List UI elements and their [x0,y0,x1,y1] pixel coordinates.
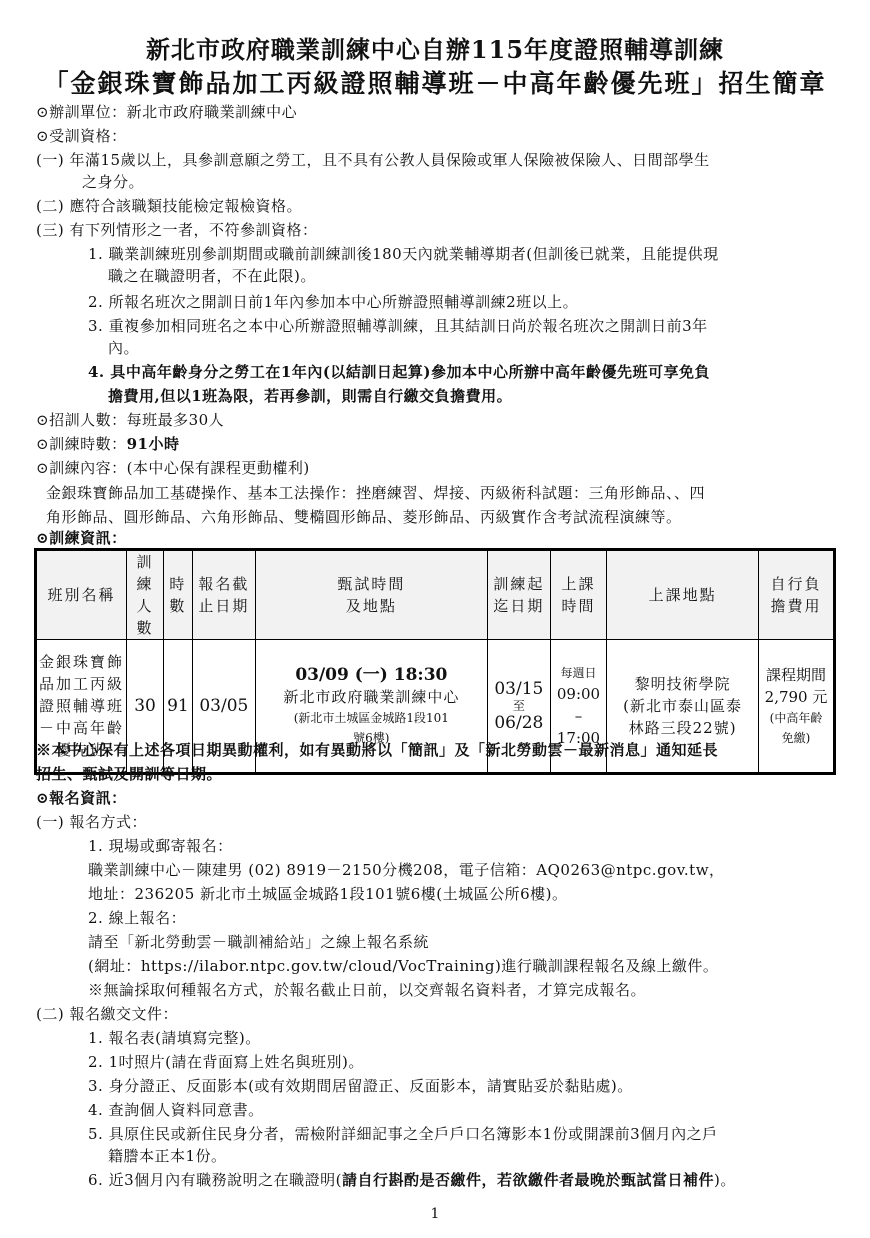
table-header-row: 班別名稱 訓練 人數 時 數 報名截 止日期 甄試時間 及地點 訓練起 迄日期 … [36,550,835,640]
cell-fee: 課程期間 2,790 元 (中高年齡 免繳) [759,640,835,774]
capacity: ⊙招訓人數：每班最多30人 [36,410,224,430]
document-6-suffix: )。 [714,1171,736,1189]
notice-line-1: ※本中心保有上述各項日期異動權利，如有異動將以「簡訊」及「新北勞動雲－最新消息」… [36,740,718,760]
eligibility-item-1: (一) 年滿15歲以上，具參訓意願之勞工，且不具有公教人員保險或軍人保險被保險人… [36,150,710,170]
eligibility-item-2: (二) 應符合該職類技能檢定報檢資格。 [36,196,302,216]
header-class-time: 上課 時間 [550,550,606,640]
exam-place: 新北市政府職業訓練中心 [258,686,485,708]
document-6-prefix: 6. 近3個月內有職務說明之在職證明( [88,1171,342,1189]
fee-note-1: (中高年齡 [761,708,831,728]
exam-address-1: (新北市土城區金城路1段101 [258,708,485,728]
class-dash: – [553,705,604,727]
online-text: 請至「新北勞動雲－職訓補給站」之線上報名系統 [88,932,429,952]
header-exam: 甄試時間 及地點 [255,550,487,640]
venue-name: 黎明技術學院 [609,673,756,695]
header-dates: 訓練起 迄日期 [487,550,550,640]
header-fee: 自行負 擔費用 [759,550,835,640]
registration-method-heading: (一) 報名方式： [36,812,147,832]
eligibility-item-1-cont: 之身分。 [82,172,144,192]
document-2: 2. 1吋照片(請在背面寫上姓名與班別)。 [88,1052,364,1072]
exam-datetime: 03/09 (一) 18:30 [258,664,485,686]
training-hours-value: 91小時 [127,435,180,453]
registration-heading: ⊙報名資訊： [36,788,127,808]
document-title-line2: 「金銀珠寶飾品加工丙級證照輔導班－中高年齡優先班」招生簡章 [0,64,870,100]
venue-address-1: (新北市泰山區泰 [609,695,756,717]
class-day: 每週日 [553,663,604,683]
header-venue: 上課地點 [607,550,759,640]
fee-note-2: 免繳) [761,728,831,748]
eligibility-heading: ⊙受訓資格： [36,126,127,146]
exclusion-3-cont: 內。 [108,338,139,358]
header-trainees: 訓練 人數 [127,550,164,640]
training-info-heading: ⊙訓練資訊： [36,528,127,548]
online-note: ※無論採取何種報名方式，於報名截止日前，以交齊報名資料者，才算完成報名。 [88,980,646,1000]
fee-label: 課程期間 [761,664,831,686]
document-6-bold: 請自行斟酌是否繳件，若欲繳件者最晚於甄試當日補件 [342,1171,714,1189]
document-1: 1. 報名表(請填寫完整)。 [88,1028,261,1048]
document-6: 6. 近3個月內有職務說明之在職證明(請自行斟酌是否繳件，若欲繳件者最晚於甄試當… [88,1170,736,1190]
document-page: 新北市政府職業訓練中心自辦115年度證照輔導訓練 「金銀珠寶飾品加工丙級證照輔導… [0,0,870,1238]
header-class-name: 班別名稱 [36,550,127,640]
online-heading: 2. 線上報名： [88,908,186,928]
onsite-address: 地址：236205 新北市土城區金城路1段101號6樓(土城區公所6樓)。 [88,884,568,904]
class-start: 09:00 [553,683,604,705]
class-name-line: 證照輔導班 [39,695,124,717]
header-hours: 時 數 [163,550,192,640]
document-5-cont: 籍謄本正本1份。 [108,1146,227,1166]
document-3: 3. 身分證正、反面影本(或有效期間居留證正、反面影本，請實貼妥於黏貼處)。 [88,1076,633,1096]
exclusion-4: 4. 具中高年齡身分之勞工在1年內(以結訓日起算)參加本中心所辦中高年齡優先班可… [88,362,710,382]
notice-line-2: 招生、甄試及開訓等日期。 [36,764,222,784]
online-url[interactable]: (網址：https://ilabor.ntpc.gov.tw/cloud/Voc… [88,956,718,976]
exclusion-1: 1. 職業訓練班別參訓期間或職前訓練訓後180天內就業輔導期者(但訓後已就業，且… [88,244,719,264]
exclusion-3: 3. 重複參加相同班名之本中心所辦證照輔導訓練，且其結訓日尚於報名班次之開訓日前… [88,316,708,336]
exclusion-2: 2. 所報名班次之開訓日前1年內參加本中心所辦證照輔導訓練2班以上。 [88,292,578,312]
onsite-contact: 職業訓練中心－陳建男 (02) 8919－2150分機208，電子信箱：AQ02… [88,860,725,880]
organizer: ⊙辦訓單位：新北市政府職業訓練中心 [36,102,297,122]
training-hours-label: ⊙訓練時數： [36,435,127,453]
content-line-2: 角形飾品、圓形飾品、六角形飾品、雙橢圓形飾品、菱形飾品、丙級實作含考試流程演練等… [46,507,682,527]
document-4: 4. 查詢個人資料同意書。 [88,1100,264,1120]
fee-amount: 2,790 元 [761,686,831,708]
venue-address-2: 林路三段22號) [609,717,756,739]
class-name-line: －中高年齡 [39,717,124,739]
document-5: 5. 具原住民或新住民身分者，需檢附詳細記事之全戶戶口名簿影本1份或開課前3個月… [88,1124,718,1144]
start-date: 03/15 [490,678,548,700]
eligibility-item-3: (三) 有下列情形之一者，不符參訓資格： [36,220,317,240]
exclusion-1-cont: 職之在職證明者，不在此限)。 [108,266,316,286]
exclusion-4-cont: 擔費用,但以1班為限，若再參訓，則需自行繳交負擔費用。 [108,386,512,406]
documents-heading: (二) 報名繳交文件： [36,1004,178,1024]
end-date: 06/28 [490,712,548,734]
training-hours: ⊙訓練時數：91小時 [36,434,179,454]
onsite-heading: 1. 現場或郵寄報名： [88,836,233,856]
class-name-line: 品加工丙級 [39,673,124,695]
header-deadline: 報名截 止日期 [192,550,255,640]
class-name-line: 金銀珠寶飾 [39,651,124,673]
content-line-1: 金銀珠寶飾品加工基礎操作、基本工法操作：挫磨練習、焊接、丙級術科試題：三角形飾品… [46,483,705,503]
date-to: 至 [490,700,548,712]
page-number: 1 [0,1206,870,1222]
document-title-line1: 新北市政府職業訓練中心自辦115年度證照輔導訓練 [0,30,870,65]
content-heading: ⊙訓練內容：(本中心保有課程更動權利) [36,458,310,478]
